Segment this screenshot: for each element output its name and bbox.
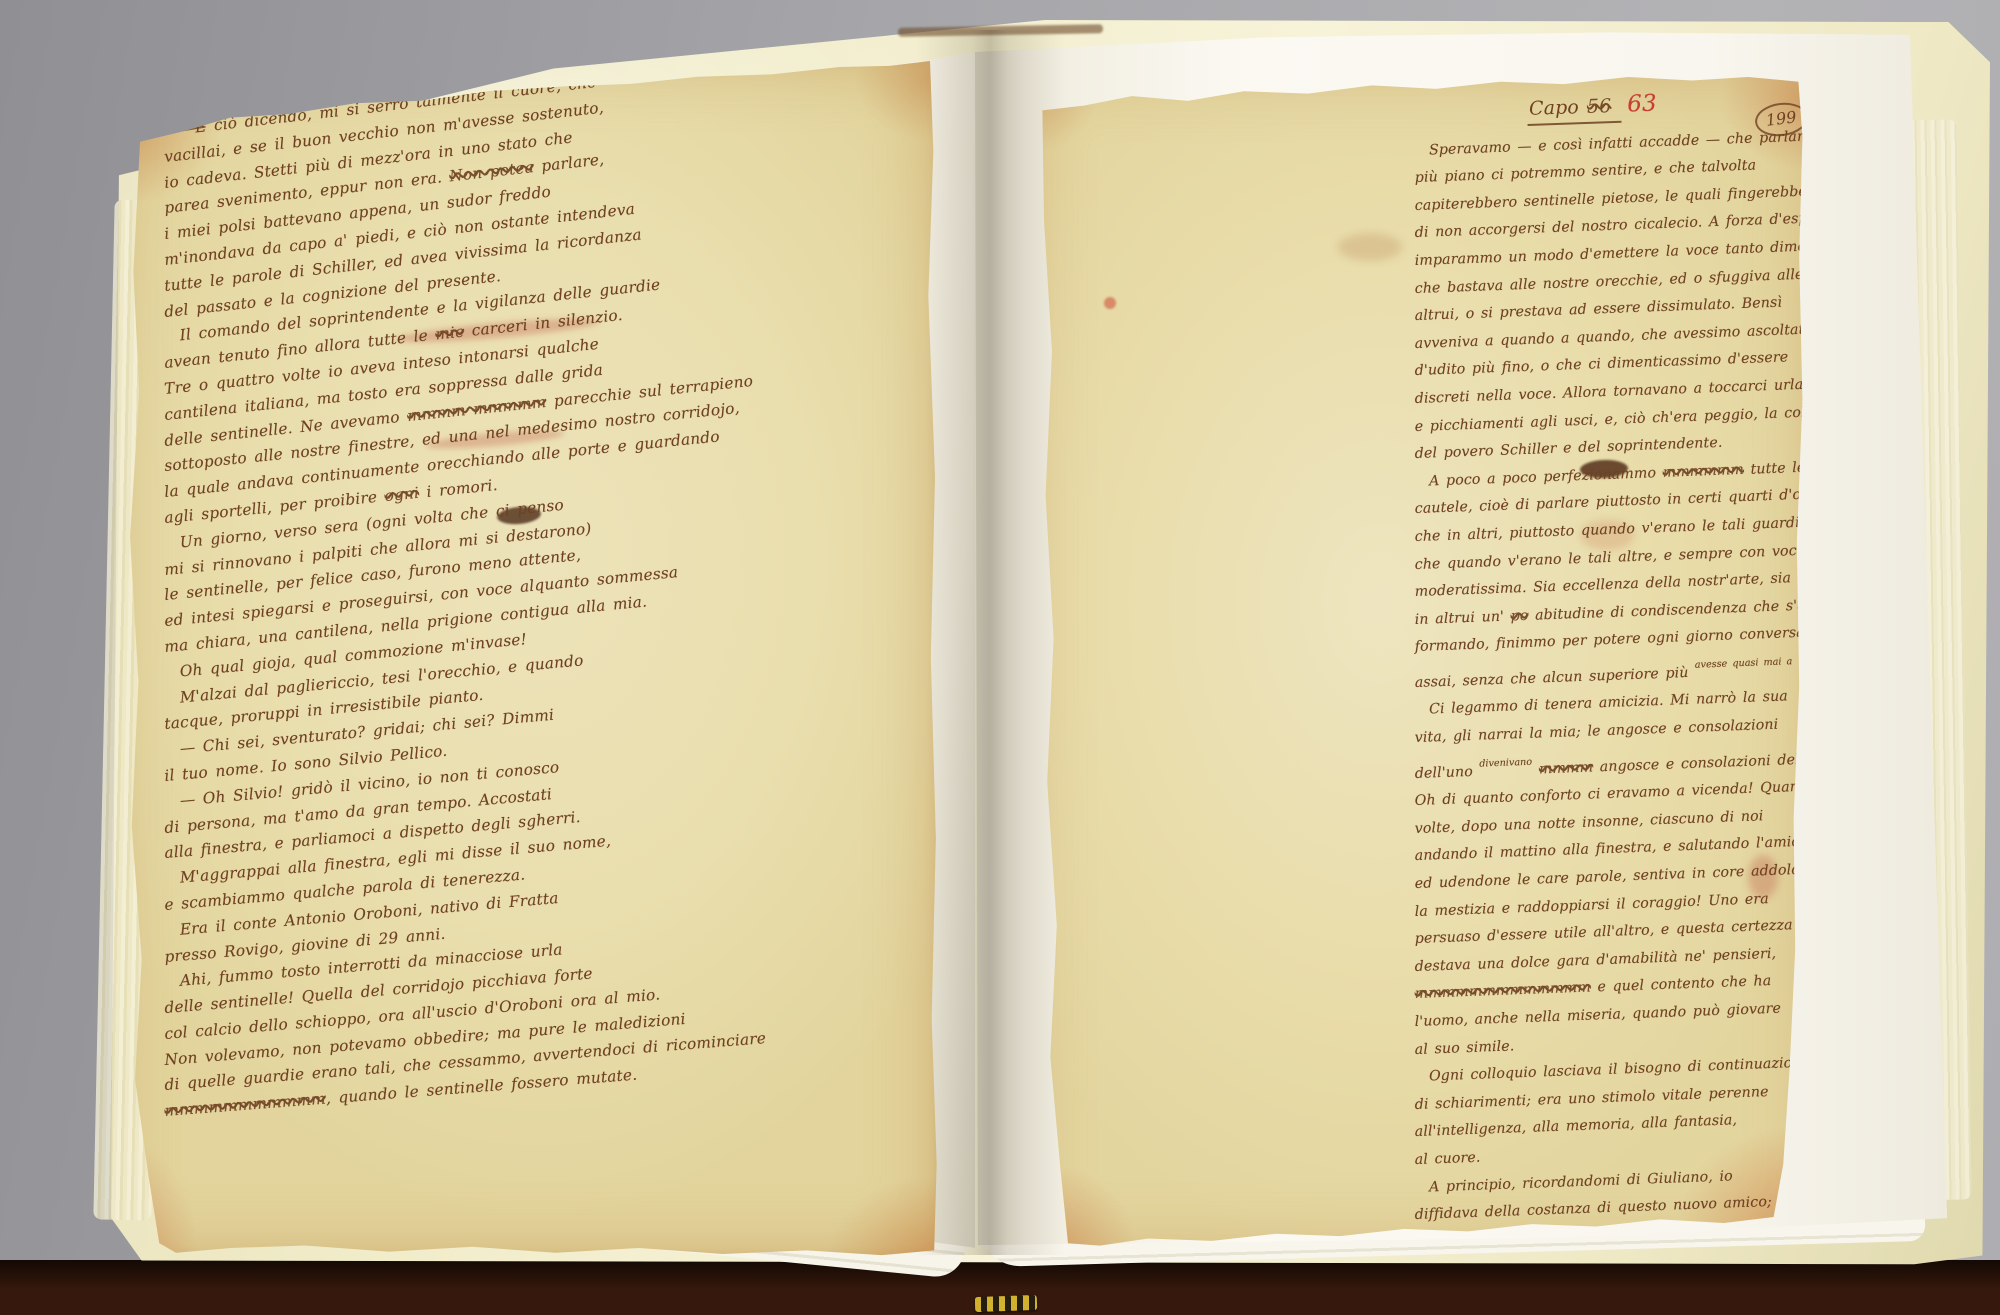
headband-icon xyxy=(975,1295,1037,1312)
book-photo: 198 E ciò dicendo, mi si serrò talmente … xyxy=(0,0,2000,1315)
struck-text: mmmmmmmmmmmmm xyxy=(1414,980,1591,1002)
chapter-label: Capo 56 xyxy=(1527,95,1622,126)
manuscript-lines-right: Speravamo — e così infatti accadde — che… xyxy=(1415,138,1825,1230)
struck-text: po xyxy=(1510,608,1528,625)
chapter-number-struck: 56 xyxy=(1587,95,1612,118)
struck-text: mmmmmm xyxy=(1662,462,1744,481)
struck-text: ogni xyxy=(384,484,420,505)
struck-text: mmmm xyxy=(1539,759,1594,777)
chapter-number-red: 63 xyxy=(1627,90,1657,117)
inserted-text: avesse quasi mai a xyxy=(1695,656,1793,671)
inserted-text: divenivano xyxy=(1479,756,1532,769)
manuscript-sheet-right: 199 Capo 5663 Speravamo — e così infatti… xyxy=(1020,65,1820,1260)
struck-text: mie xyxy=(434,323,465,344)
manuscript-text-left: E ciò dicendo, mi si serrò talmente il c… xyxy=(165,119,895,1125)
manuscript-text-right: Capo 5663 Speravamo — e così infatti acc… xyxy=(1415,95,1825,1230)
manuscript-sheet-left: 198 E ciò dicendo, mi si serrò talmente … xyxy=(105,55,940,1260)
chapter-word: Capo xyxy=(1529,96,1580,120)
